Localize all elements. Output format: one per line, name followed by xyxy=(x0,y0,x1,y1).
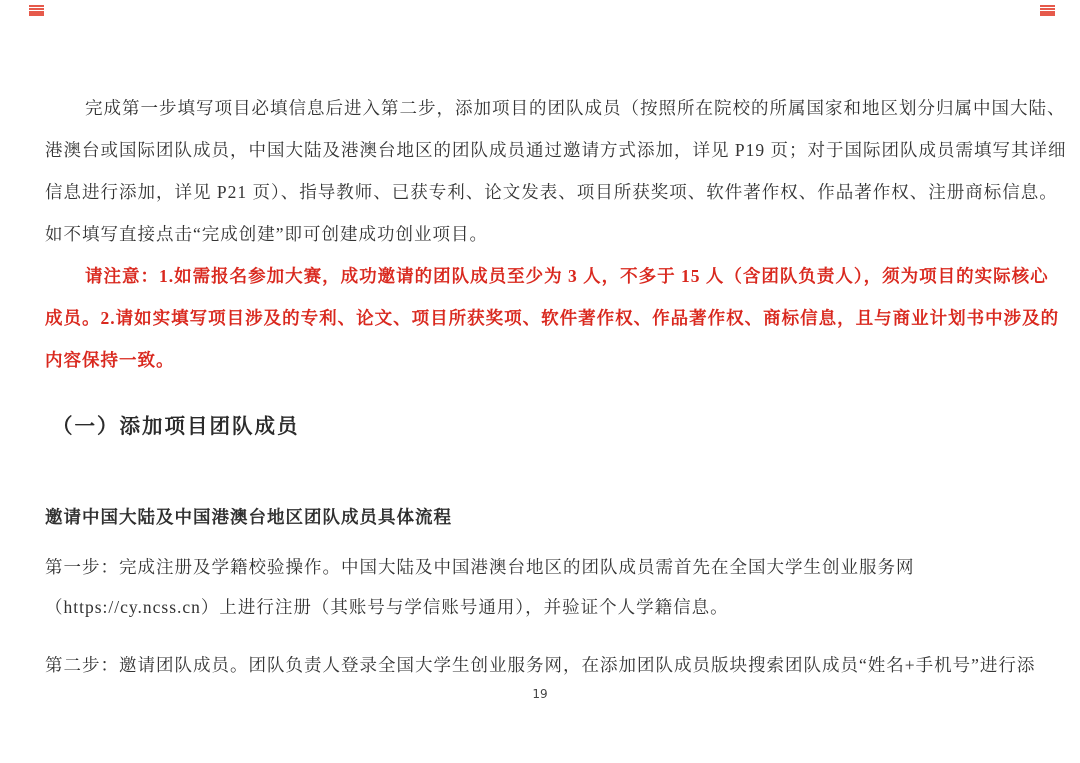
intro-line-1: 完成第一步填写项目必填信息后进入第二步，添加项目的团队成员（按照所在院校的所属国… xyxy=(85,97,1066,119)
notice-line-2: 成员。2.请如实填写项目涉及的专利、论文、项目所获奖项、软件著作权、作品著作权、… xyxy=(45,307,1059,329)
page-number: 19 xyxy=(0,687,1080,701)
step2-line-1: 第二步：邀请团队成员。团队负责人登录全国大学生创业服务网，在添加团队成员版块搜索… xyxy=(45,654,1035,676)
intro-line-4: 如不填写直接点击“完成创建”即可创建成功创业项目。 xyxy=(45,223,488,245)
process-subheading: 邀请中国大陆及中国港澳台地区团队成员具体流程 xyxy=(45,504,452,529)
intro-line-2: 港澳台或国际团队成员，中国大陆及港澳台地区的团队成员通过邀请方式添加，详见 P1… xyxy=(45,139,1066,161)
notice-line-3: 内容保持一致。 xyxy=(45,349,175,371)
step1-line-1: 第一步：完成注册及学籍校验操作。中国大陆及中国港澳台地区的团队成员需首先在全国大… xyxy=(45,556,915,578)
intro-line-3: 信息进行添加，详见 P21 页）、指导教师、已获专利、论文发表、项目所获奖项、软… xyxy=(45,181,1058,203)
corner-mark-right-icon xyxy=(1040,5,1055,16)
document-page: 完成第一步填写项目必填信息后进入第二步，添加项目的团队成员（按照所在院校的所属国… xyxy=(0,0,1080,763)
step1-line-2: （https://cy.ncss.cn）上进行注册（其账号与学信账号通用），并验… xyxy=(45,596,729,618)
corner-mark-left-icon xyxy=(29,5,44,16)
notice-line-1: 请注意：1.如需报名参加大赛，成功邀请的团队成员至少为 3 人，不多于 15 人… xyxy=(85,265,1049,287)
section-heading: （一）添加项目团队成员 xyxy=(52,409,300,439)
